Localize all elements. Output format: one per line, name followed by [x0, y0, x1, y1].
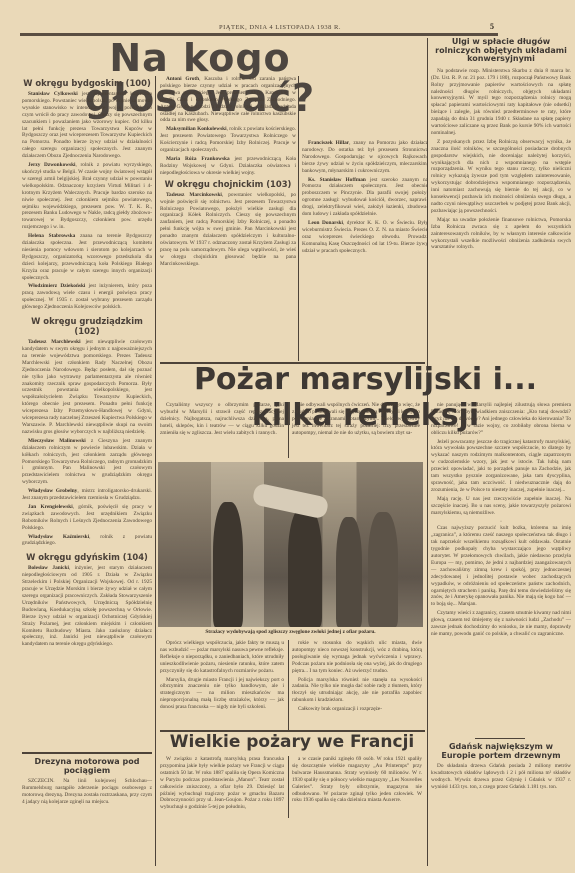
photo-figure	[288, 507, 322, 627]
column-divider	[288, 756, 289, 818]
ulgi-text: Na podstawie rozp. Ministerstwa Skarbu z…	[431, 68, 571, 252]
section-heading-bydgoski: W okręgu bydgoskim (100)	[22, 78, 152, 88]
gdansk-text: Do składania drzewa Gdańsk posiada 2 mil…	[431, 763, 571, 791]
article-paragraph: Z pozyskanych przez Izbę Rolniczą obserw…	[431, 139, 571, 215]
column-divider	[288, 402, 289, 458]
pozar-col-2: nie odbywali wspólnych ćwiczeń. Nie dziw…	[292, 402, 420, 439]
masthead-date: PIĄTEK, DNIA 4 LISTOPADA 1938 R.	[60, 24, 500, 31]
article-text: Do składania drzewa Gdańsk posiada 2 mil…	[431, 763, 571, 791]
article-paragraph: Marsylia, drugie miasto Francji i jej na…	[160, 677, 284, 712]
candidate-paragraph: Antoni Groth, Kaszuba i rolnik. Od zaran…	[160, 76, 296, 124]
photo-stretcher	[252, 482, 330, 519]
candidate-paragraph: Maksymilian Konkolewski, rolnik z powiat…	[160, 126, 296, 154]
section-separator: ·	[431, 519, 571, 526]
column-divider	[288, 640, 289, 730]
candidate-bio: jest niewątpliwie czołowym kandydatem w …	[22, 339, 152, 435]
candidate-paragraph: Władysław Grobelny, mistrz introligators…	[22, 488, 152, 502]
column-3: Franciszek Hillar, znany na Pomorzu jako…	[302, 140, 428, 257]
fire-photo	[158, 462, 423, 627]
candidate-bio: , inżynier, jest starym działaczem niepo…	[22, 565, 152, 647]
wielkie-headline: Wielkie pożary we Francji	[158, 731, 426, 753]
candidate-name: Władysław Kaźmierski	[28, 534, 89, 540]
section-rule	[475, 738, 525, 739]
section-heading-chojnicki: W okręgu chojnickim (103)	[160, 179, 296, 189]
photo-caption: Strażacy wydobywają spod zgliszczy zwęgl…	[158, 629, 423, 635]
candidate-paragraph: Tadeusz Marcinkowski, powstaniec wielkop…	[160, 192, 296, 268]
candidate-name: Jan Krengielewski	[28, 504, 73, 510]
article-paragraph: Policja marsylska również nie stanęła na…	[292, 677, 422, 705]
candidate-name: Ks. Stanisław Hoffman	[308, 177, 366, 183]
article-text: SZCZECIN. Na linii kolejowej Schlochau—R…	[22, 778, 152, 806]
candidate-name: Tadeusz Marchlewski	[28, 339, 81, 345]
candidate-name: Włodzimierz Dziekoński	[28, 283, 85, 289]
gdansk-headline: Gdańsk największym w Europie portem drze…	[431, 743, 571, 760]
candidate-paragraph: Jerzy Dzwonkowski, rolnik z powiatu wyrz…	[22, 162, 152, 231]
candidate-bio: znana na terenie Bydgoszczy działaczka s…	[22, 233, 152, 280]
candidate-paragraph: Mieczysław Malinowski z Cieszyna jest zn…	[22, 438, 152, 486]
candidate-name: Władysław Grobelny	[28, 488, 77, 494]
article-paragraph: nie odbywali wspólnych ćwiczeń. Nie dziw…	[292, 402, 420, 437]
drezyna-text: SZCZECIN. Na linii kolejowej Schlochau—R…	[22, 778, 152, 806]
article-paragraph: W związku z katastrofą marsylską prasa f…	[160, 756, 284, 811]
candidate-paragraph: Włodzimierz Dziekoński jest inżynierem, …	[22, 283, 152, 311]
candidate-name: Helena Stabrowska	[28, 233, 75, 239]
candidate-paragraph: Franciszek Hillar, znany na Pomorzu jako…	[302, 140, 428, 175]
article-paragraph: Jeżeli powracamy jeszcze do tragicznej k…	[431, 439, 571, 494]
article-paragraph: a w czasie paniki zginęło 69 osób. W rok…	[292, 756, 422, 804]
candidate-bio: jest szeroko znanym na Pomorzu działacze…	[302, 177, 428, 218]
candidate-paragraph: Jan Krengielewski, górnik, poświęcił się…	[22, 504, 152, 532]
photo-figure	[368, 512, 398, 627]
candidate-name: Stanisław Cylkowski	[28, 91, 78, 97]
candidate-name: Jerzy Dzwonkowski	[28, 162, 76, 168]
column-divider	[298, 76, 299, 361]
photo-figure	[336, 517, 362, 627]
article-paragraph: Mając na uwadze położenie finansowe roln…	[431, 217, 571, 252]
wielkie-col-1: W związku z katastrofą marsylską prasa f…	[160, 756, 284, 813]
article-paragraph: nie panujące w Marsylii najlepiej zilust…	[431, 402, 571, 437]
candidate-name: Bolesław Janicki	[28, 565, 69, 571]
candidate-bio: jest reprezentantem kupiectwa pomorskieg…	[22, 91, 152, 159]
article-paragraph: Oprócz wielkiego współczucia, jakie fakt…	[160, 640, 284, 675]
candidate-paragraph: Władysław Kaźmierski, rolnik z powiatu g…	[22, 534, 152, 548]
article-paragraph: Mają rację. U nas jest rzeczywiście zupe…	[431, 496, 571, 517]
column-1: W okręgu bydgoskim (100) Stanisław Cylko…	[22, 76, 152, 650]
candidate-paragraph: Stanisław Cylkowski jest reprezentantem …	[22, 91, 152, 160]
ulgi-headline: Ulgi w spłacie długów rolniczych objętyc…	[431, 38, 571, 64]
pozar-col-3: Oprócz wielkiego współczucia, jakie fakt…	[160, 640, 284, 713]
section-heading-grudziadzki: W okręgu grudziądzkim (102)	[22, 316, 152, 336]
candidate-paragraph: Bolesław Janicki, inżynier, jest starym …	[22, 565, 152, 648]
column-divider	[155, 76, 156, 866]
article-paragraph: Na podstawie rozp. Ministerstwa Skarbu z…	[431, 68, 571, 137]
candidate-bio: , rolnik z powiatu wyrzyskiego, ukończył…	[22, 162, 152, 230]
pozar-col-4: rokie w stosunku do wąskich ulic miasta,…	[292, 640, 422, 715]
drezyna-article: Drezyna motorowa pod pociągiem SZCZECIN.…	[22, 758, 152, 808]
pozar-col-right: nie panujące w Marsylii najlepiej zilust…	[431, 402, 571, 700]
drezyna-headline: Drezyna motorowa pod pociągiem	[22, 758, 152, 775]
section-heading-gdynski: W okręgu gdyńskim (104)	[22, 552, 152, 562]
article-paragraph: Czas najwyższy porzucić kult bożka, któr…	[431, 525, 571, 608]
column-2: Antoni Groth, Kaszuba i rolnik. Od zaran…	[160, 76, 296, 270]
candidate-paragraph: Helena Stabrowska znana na terenie Bydgo…	[22, 233, 152, 281]
candidate-name: Leon Donarski	[308, 220, 343, 226]
candidate-paragraph: Leon Donarski, dyrektor K. K. O. w Świec…	[302, 220, 428, 255]
article-paragraph: Czytaliśmy wszyscy o olbrzymim pożarze, …	[160, 402, 284, 437]
photo-figure	[213, 502, 243, 627]
pozar-col-1: Czytaliśmy wszyscy o olbrzymim pożarze, …	[160, 402, 284, 439]
candidate-paragraph: Ks. Stanisław Hoffman jest szeroko znany…	[302, 177, 428, 218]
article-paragraph: rokie w stosunku do wąskich ulic miasta,…	[292, 640, 422, 675]
article-paragraph: Czytamy wieści z zagranicy, czasem smutn…	[431, 610, 571, 638]
candidate-paragraph: Tadeusz Marchlewski jest niewątpliwie cz…	[22, 339, 152, 436]
candidate-name: Mieczysław Malinowski	[28, 438, 86, 444]
candidate-bio: , powstaniec wielkopolski, po wojnie poś…	[160, 192, 296, 267]
candidate-name: Tadeusz Marcinkowski	[166, 192, 222, 198]
candidate-name: Antoni Groth	[166, 76, 199, 82]
section-rule	[22, 752, 152, 754]
candidate-name: Maria Róża Frankowska	[166, 156, 230, 162]
candidate-paragraph: Maria Róża Frankowska jest przewodnicząc…	[160, 156, 296, 177]
gdansk-article: Gdańsk największym w Europie portem drze…	[431, 743, 571, 793]
column-divider	[427, 38, 428, 866]
candidate-name: Franciszek Hillar	[308, 140, 349, 146]
candidate-bio: z Cieszyna jest znanym działaczem rolnic…	[22, 438, 152, 485]
article-paragraph: Całkowity brak organizacji i rozprzęże-	[292, 706, 422, 713]
page-number: 5	[490, 22, 494, 31]
ulgi-article: Ulgi w spłacie długów rolniczych objętyc…	[431, 38, 571, 253]
candidate-name: Maksymilian Konkolewski	[166, 126, 227, 132]
wielkie-col-2: a w czasie paniki zginęło 69 osób. W rok…	[292, 756, 422, 806]
candidate-bio: , Kaszuba i rolnik. Od zarania państwa p…	[160, 76, 296, 123]
